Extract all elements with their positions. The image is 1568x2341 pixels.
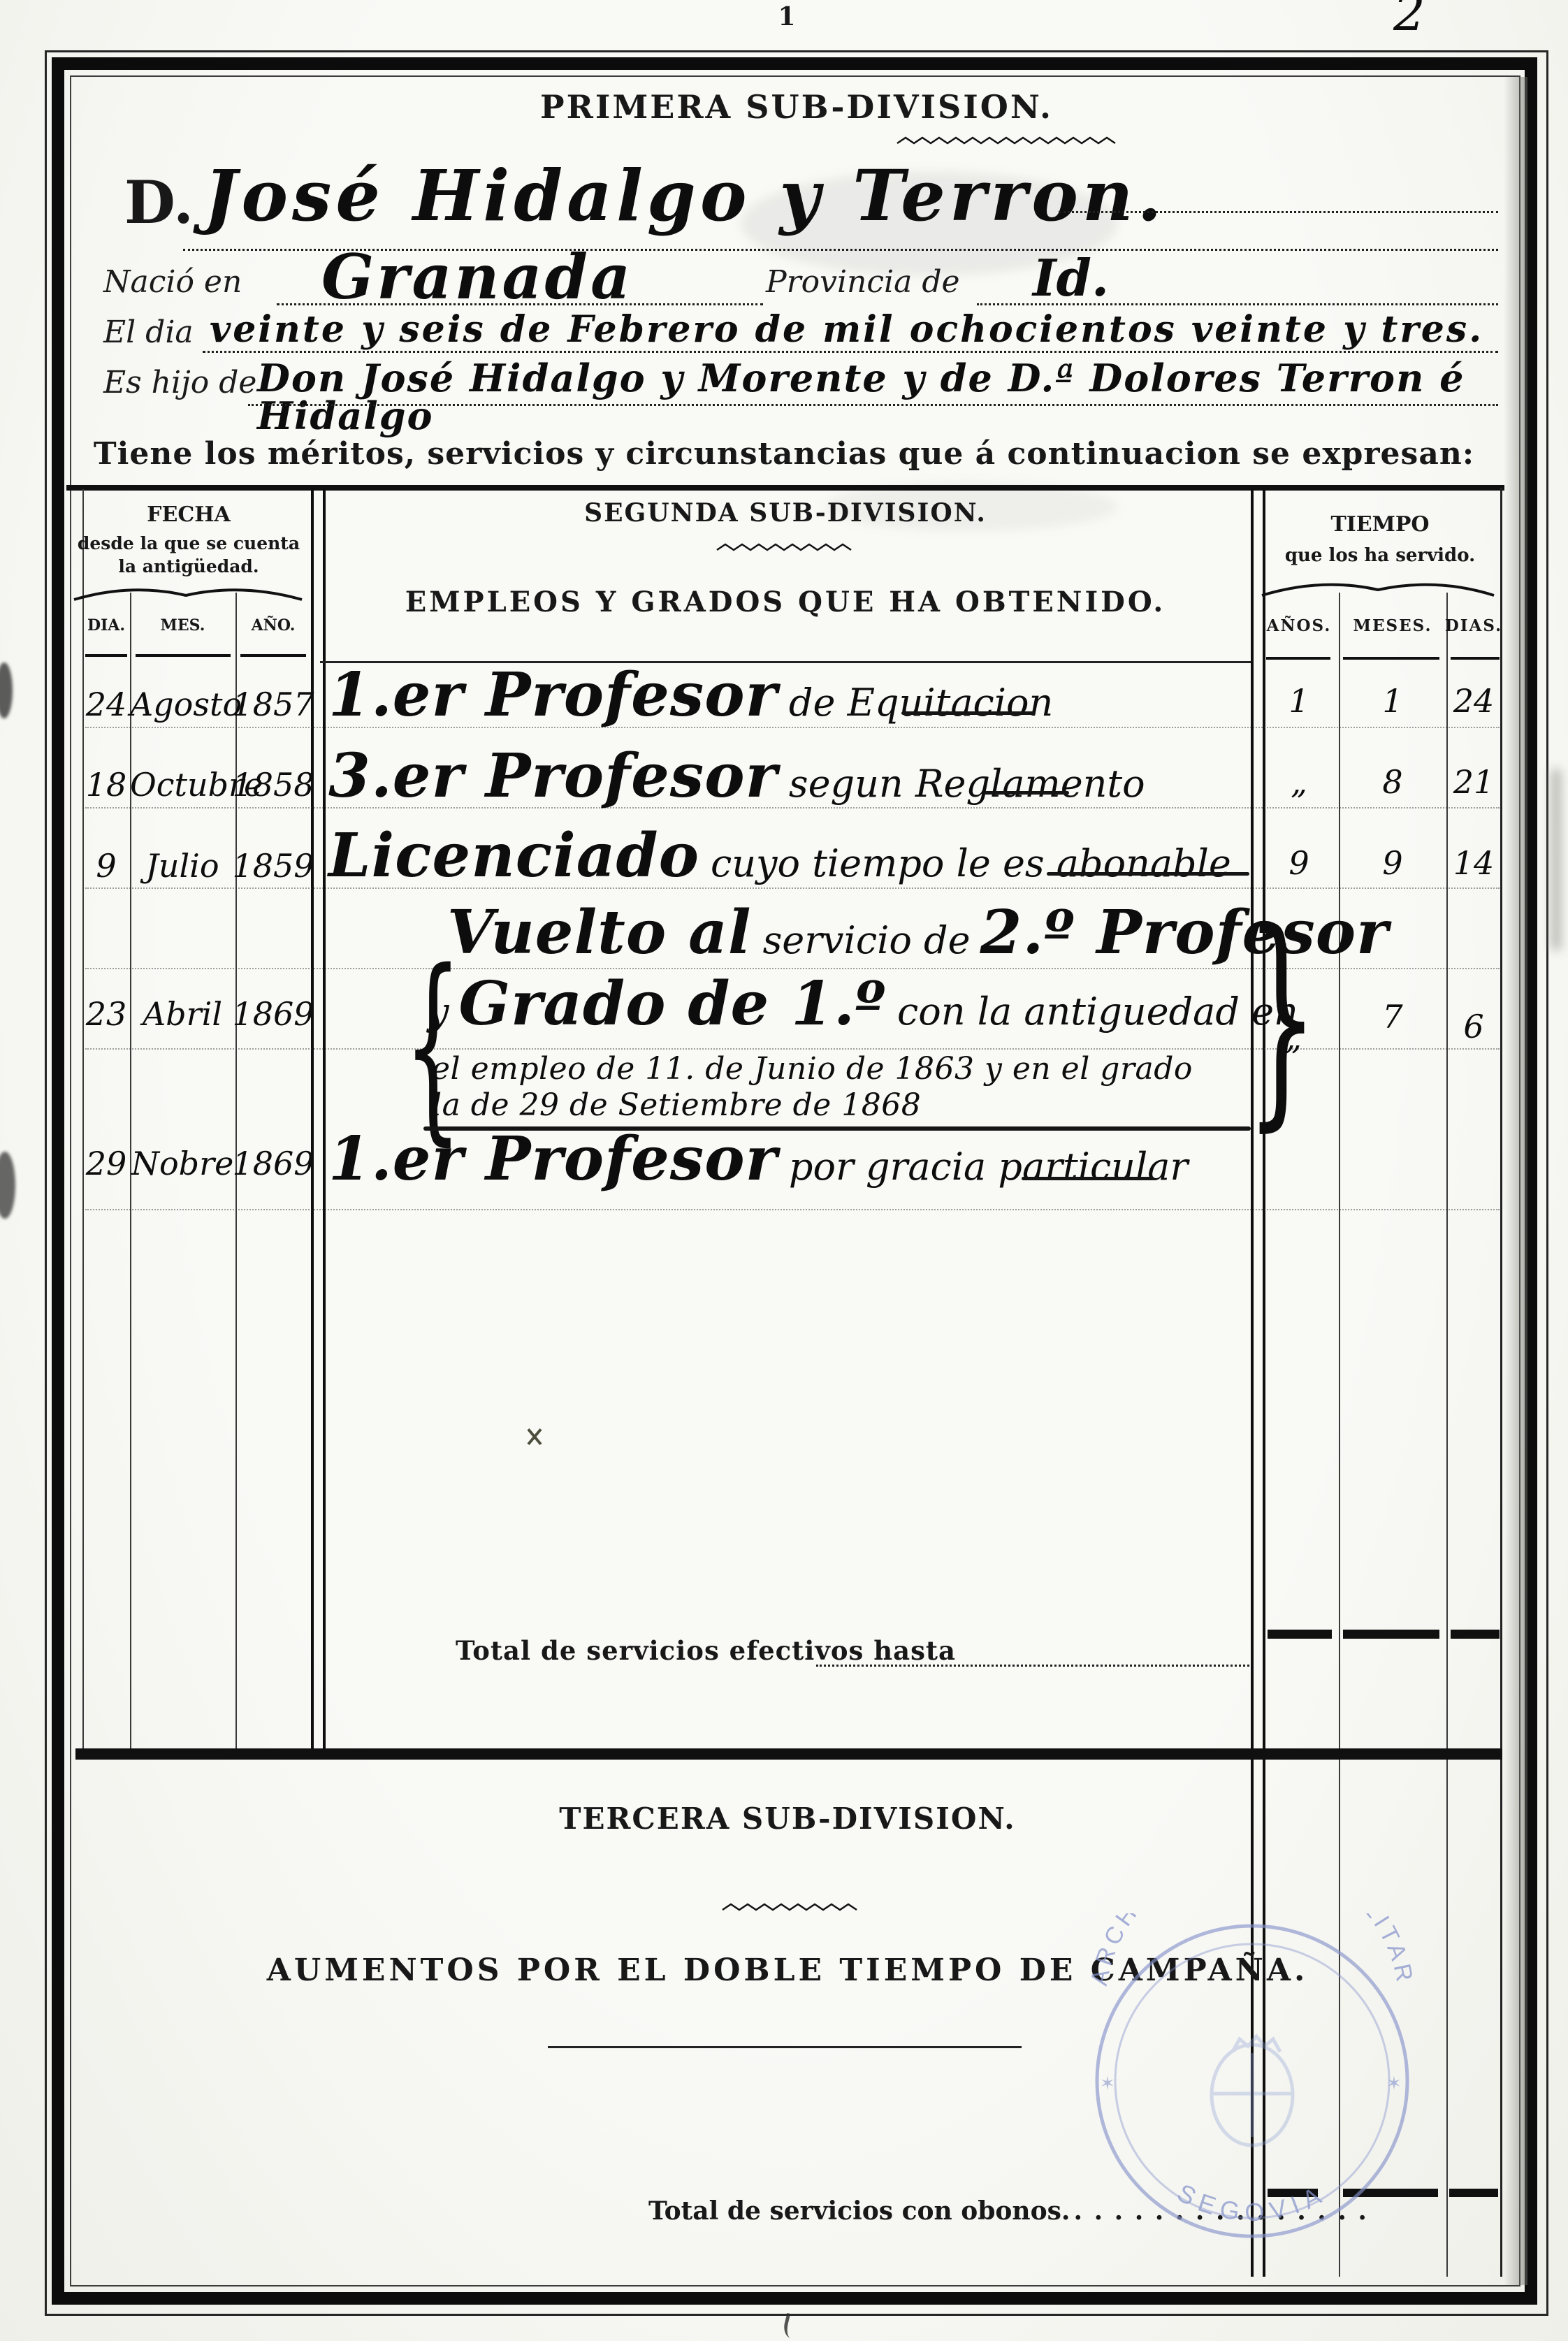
aumentos-underrule bbox=[548, 2046, 1022, 2048]
row-mes: Nobre bbox=[130, 1147, 235, 1180]
col-underrule bbox=[136, 654, 231, 657]
total-efectivos-label: Total de servicios efectivos hasta bbox=[456, 1638, 956, 1664]
service-entry: 1.er Profesorpor gracia particular bbox=[328, 1129, 1188, 1189]
squiggle-divider bbox=[716, 542, 855, 553]
row-dias: 14 bbox=[1435, 847, 1512, 879]
province-value: Id. bbox=[1033, 253, 1109, 303]
page-number: 1 bbox=[766, 4, 808, 29]
col-label-meses: MESES. bbox=[1340, 618, 1445, 634]
total-bar bbox=[1343, 1630, 1439, 1639]
squiggle-divider bbox=[896, 136, 1126, 147]
row-dias: 6 bbox=[1435, 1010, 1512, 1043]
col-underrule bbox=[240, 654, 306, 657]
stamp-star-left: ✶ bbox=[1100, 2073, 1115, 2094]
name-value: José Hidalgo y Terron. bbox=[204, 161, 1166, 231]
honorific: D. bbox=[124, 173, 194, 232]
service-entry: 3.er Profesorsegun Reglamento bbox=[328, 746, 1145, 806]
table-right-line bbox=[1500, 488, 1502, 2277]
entry-dash bbox=[901, 711, 1036, 715]
section-title-segunda: SEGUNDA SUB-DIVISION. bbox=[320, 500, 1251, 526]
total-bar bbox=[1449, 2189, 1498, 2197]
fecha-empleos-divider bbox=[311, 488, 326, 1754]
archive-stamp: ARCHIVO GENERAL MILITAR SEGOVIA ✶ ✶ bbox=[1084, 1913, 1420, 2249]
parents-value: Don José Hidalgo y Morente y de D.ª Dolo… bbox=[257, 359, 1568, 435]
empleos-subtitle: EMPLEOS Y GRADOS QUE HA OBTENIDO. bbox=[320, 588, 1251, 616]
entry-big: Grado de 1.º bbox=[459, 969, 886, 1039]
row-dias: 21 bbox=[1435, 766, 1512, 798]
row-mes: Octubre bbox=[130, 769, 235, 801]
row-meses: 9 bbox=[1354, 847, 1431, 879]
dotted-leader bbox=[816, 1665, 1249, 1667]
row-anos: „ bbox=[1261, 766, 1337, 798]
fecha-title: FECHA bbox=[66, 505, 311, 526]
fecha-subtitle: desde la que se cuenta la antigüedad. bbox=[70, 532, 307, 578]
col-line-meses-dias bbox=[1446, 593, 1448, 2277]
row-rule bbox=[85, 1209, 1500, 1210]
row-anos: 9 bbox=[1261, 847, 1337, 879]
total-bar bbox=[1451, 1630, 1500, 1639]
row-ano: 1869 bbox=[228, 998, 319, 1030]
section-title-tercera: TERCERA SUB-DIVISION. bbox=[438, 1804, 1137, 1834]
dotted-rule bbox=[1059, 211, 1498, 213]
entry-rest: por gracia particular bbox=[789, 1145, 1188, 1189]
row-rule bbox=[85, 807, 1500, 809]
col-underrule bbox=[1343, 657, 1439, 660]
row-anos: „ bbox=[1262, 1022, 1325, 1054]
service-entry-line3: el empleo de 11. de Junio de 1863 y en e… bbox=[432, 1054, 1193, 1085]
entry-big: 2.º Profesor bbox=[980, 897, 1389, 968]
svg-text:SEGOVIA: SEGOVIA bbox=[1173, 2178, 1332, 2227]
entry-rest: de Equitacion bbox=[789, 681, 1053, 725]
col-label-mes: MES. bbox=[130, 618, 235, 633]
birthdate-label: El dia bbox=[103, 317, 194, 348]
row-dias: 24 bbox=[1435, 685, 1512, 717]
entry-big: Vuelto al bbox=[447, 897, 752, 968]
dotted-rule bbox=[248, 404, 1498, 406]
province-label: Provincia de bbox=[766, 267, 960, 298]
table-left-line bbox=[82, 489, 84, 1751]
col-underrule bbox=[1266, 657, 1330, 660]
row-meses: 1 bbox=[1354, 685, 1431, 717]
row-meses: 8 bbox=[1354, 766, 1431, 798]
stamp-bottom-text: SEGOVIA bbox=[1173, 2178, 1332, 2227]
section-divider-rule bbox=[75, 1748, 1502, 1760]
tiempo-subtitle: que los ha servido. bbox=[1259, 546, 1501, 565]
service-entry-line4: la de 29 de Setiembre de 1868 bbox=[432, 1090, 921, 1121]
document-page: 1 2 PRIMERA SUB-DIVISION. D. José Hidalg… bbox=[0, 0, 1568, 2341]
stamp-star-right: ✶ bbox=[1386, 2073, 1402, 2094]
service-entry: Licenciadocuyo tiempo le es abonable bbox=[328, 826, 1231, 886]
entry-small: y bbox=[428, 990, 449, 1034]
entry-dash bbox=[1047, 872, 1249, 876]
stamp-coat-of-arms bbox=[1212, 2036, 1293, 2145]
col-label-dia: DIA. bbox=[82, 618, 130, 633]
squiggle-divider bbox=[721, 1902, 861, 1913]
dotted-rule bbox=[977, 303, 1498, 305]
entry-small: servicio de bbox=[763, 918, 971, 962]
entry-main: 3.er Profesor bbox=[328, 741, 778, 811]
entry-main: 1.er Profesor bbox=[328, 660, 778, 730]
col-label-anos: AÑOS. bbox=[1261, 618, 1337, 634]
table-top-rule bbox=[66, 485, 1504, 491]
entry-main: Licenciado bbox=[328, 820, 699, 891]
corner-ink-mark: 2 bbox=[1393, 0, 1425, 38]
parents-label: Es hijo de bbox=[103, 368, 256, 398]
dotted-rule bbox=[203, 351, 1498, 353]
tiempo-title: TIEMPO bbox=[1259, 514, 1501, 535]
row-meses: 7 bbox=[1354, 1001, 1431, 1033]
birthdate-value: veinte y seis de Febrero de mil ochocien… bbox=[210, 312, 1483, 348]
stray-ink-mark bbox=[525, 1427, 544, 1447]
fecha-swash-divider bbox=[70, 586, 307, 604]
col-label-dias: DIAS. bbox=[1439, 618, 1509, 634]
col-label-ano: AÑO. bbox=[235, 618, 311, 633]
entry-main: 1.er Profesor bbox=[328, 1124, 778, 1194]
row-anos: 1 bbox=[1261, 685, 1337, 717]
tiempo-swash-divider bbox=[1258, 581, 1498, 600]
row-mes: Abril bbox=[130, 998, 235, 1030]
entry-rest: cuyo tiempo le es abonable bbox=[711, 841, 1231, 885]
col-underrule bbox=[85, 654, 127, 657]
margin-smear bbox=[1551, 769, 1561, 950]
entry-rest: segun Reglamento bbox=[789, 762, 1145, 806]
closing-brace-mark: } bbox=[1245, 901, 1319, 1132]
row-ano: 1858 bbox=[228, 769, 319, 801]
birthplace-label: Nació en bbox=[103, 267, 242, 298]
row-ano: 1869 bbox=[228, 1147, 319, 1180]
row-rule bbox=[85, 727, 1500, 728]
service-entry-line2: yGrado de 1.ºcon la antiguedad en bbox=[428, 974, 1298, 1034]
service-entry: 1.er Profesorde Equitacion bbox=[328, 665, 1053, 725]
entry-dash bbox=[1022, 1177, 1154, 1180]
birthplace-value: Granada bbox=[321, 246, 633, 307]
row-ano: 1857 bbox=[228, 688, 319, 720]
total-bar bbox=[1268, 1630, 1332, 1639]
section-title-primera: PRIMERA SUB-DIVISION. bbox=[398, 91, 1195, 123]
merits-line: Tiene los méritos, servicios y circunsta… bbox=[85, 439, 1483, 470]
col-underrule bbox=[1451, 657, 1500, 660]
entry-small: con la antiguedad en bbox=[897, 990, 1298, 1034]
row-ano: 1859 bbox=[228, 850, 319, 882]
margin-ink-blot bbox=[0, 662, 13, 718]
row-mes: Agosto bbox=[130, 688, 235, 720]
total-obonos-label: Total de servicios con obonos. bbox=[648, 2196, 1070, 2226]
margin-ink-blot bbox=[0, 1152, 15, 1219]
entry-dash bbox=[984, 791, 1069, 795]
bottom-ink-mark bbox=[781, 2313, 803, 2340]
row-mes: Julio bbox=[130, 850, 235, 882]
dotted-rule bbox=[277, 303, 763, 305]
